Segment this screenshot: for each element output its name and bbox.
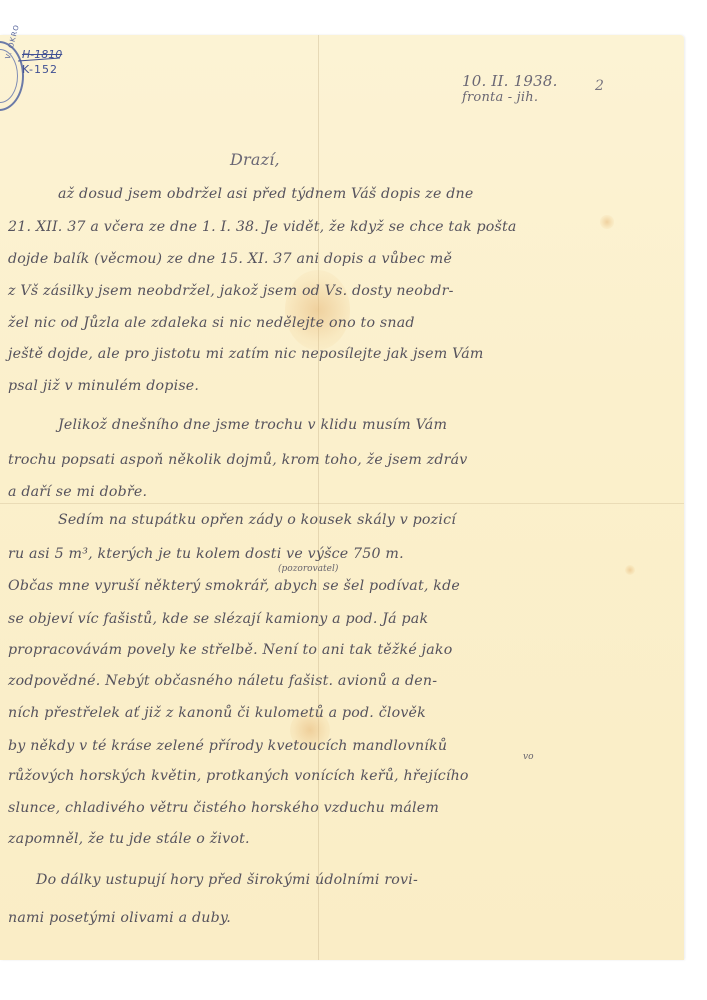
spot-stain xyxy=(600,215,614,229)
letter-line: ních přestřelek ať již z kanonů či kulom… xyxy=(8,705,426,721)
letter-line: se objeví víc fašistů, kde se slézají ka… xyxy=(8,611,428,627)
horizontal-fold-crease xyxy=(0,503,684,504)
letter-line: 21. XII. 37 a včera ze dne 1. I. 38. Je … xyxy=(8,219,517,235)
letter-line: Jelikož dnešního dne jsme trochu v klidu… xyxy=(58,417,447,433)
letter-line: ještě dojde, ale pro jistotu mi zatím ni… xyxy=(8,346,484,362)
interlinear-annotation: (pozorovatel) xyxy=(278,564,338,574)
water-stain xyxy=(285,270,350,350)
letter-line: ru asi 5 m³, kterých je tu kolem dosti v… xyxy=(8,546,404,562)
letter-line: zapomněl, že tu jde stále o život. xyxy=(8,831,250,847)
interlinear-annotation: vo xyxy=(523,752,534,762)
letter-line: psal již v minulém dopise. xyxy=(8,378,199,394)
letter-line: propracovávám povely ke střelbě. Není to… xyxy=(8,642,452,658)
letter-greeting: Drazí, xyxy=(230,150,280,169)
letter-place: fronta - jih. xyxy=(462,90,538,105)
letter-date: 10. II. 1938. xyxy=(462,72,558,90)
letter-line: slunce, chladivého větru čistého horskéh… xyxy=(8,800,439,816)
vertical-fold-crease xyxy=(318,35,319,960)
letter-line: nami posetými olivami a duby. xyxy=(8,910,231,926)
letter-line: Sedím na stupátku opřen zády o kousek sk… xyxy=(58,512,456,528)
spot-stain xyxy=(625,565,635,575)
letter-line: růžových horských květin, protkaných von… xyxy=(8,768,469,784)
letter-line: až dosud jsem obdržel asi před týdnem Vá… xyxy=(58,186,473,202)
letter-line: Občas mne vyruší některý smokrář, abych … xyxy=(8,578,460,594)
letter-line: z Vš zásilky jsem neobdržel, jakož jsem … xyxy=(8,283,454,299)
letter-line: žel nic od Jůzla ale zdaleka si nic nedě… xyxy=(8,315,415,331)
archive-number: K-152 xyxy=(22,63,58,76)
letter-line: a daří se mi dobře. xyxy=(8,484,147,500)
letter-line: Do dálky ustupují hory před širokými údo… xyxy=(36,872,418,888)
letter-line: trochu popsati aspoň několik dojmů, krom… xyxy=(8,452,468,468)
letter-line: dojde balík (věcmou) ze dne 15. XI. 37 a… xyxy=(8,251,452,267)
page-number: 2 xyxy=(595,78,604,94)
letter-line: by někdy v té kráse zelené přírody kveto… xyxy=(8,738,447,754)
letter-line: zodpovědné. Nebýt občasného náletu fašis… xyxy=(8,673,437,689)
